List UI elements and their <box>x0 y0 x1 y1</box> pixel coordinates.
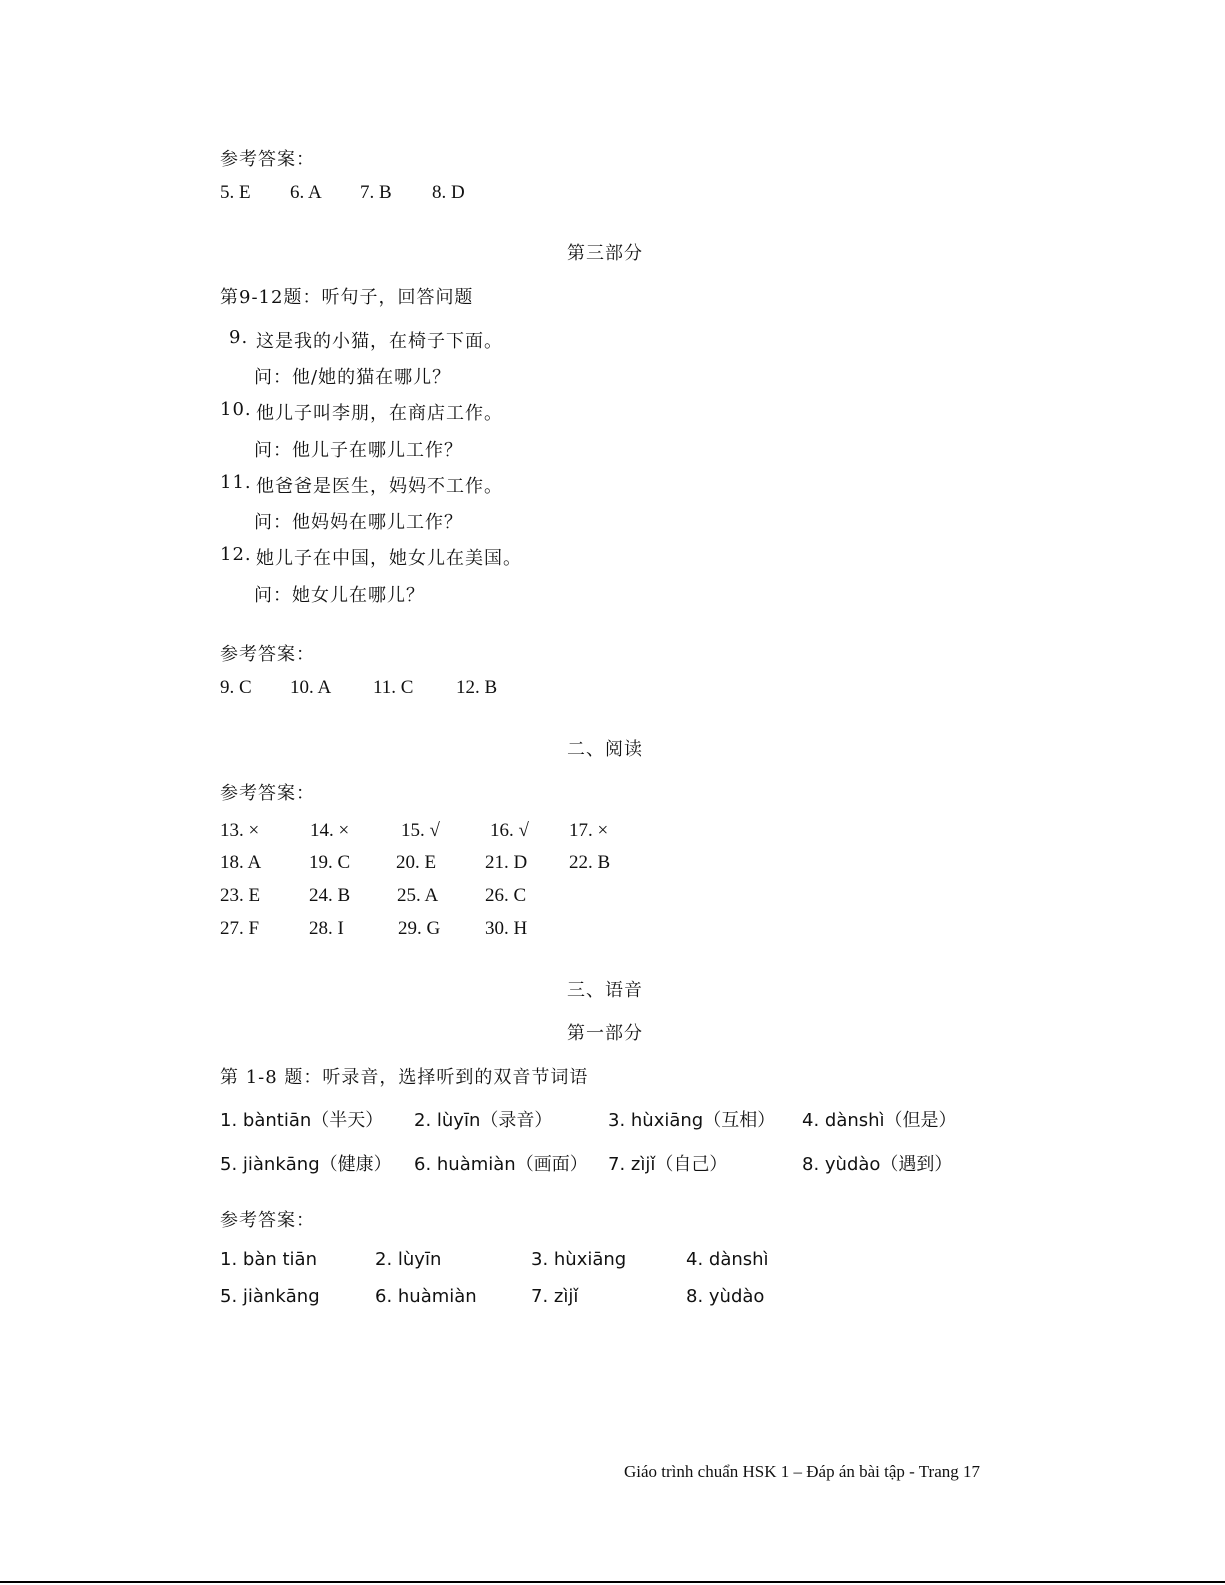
option-item: 8. yùdào（遇到） <box>802 1150 952 1176</box>
answer-item: 5. E <box>220 182 251 204</box>
answer-item: 17. × <box>569 820 608 842</box>
answer-item: 26. C <box>485 885 526 907</box>
option-item: 3. hùxiāng（互相） <box>608 1106 775 1132</box>
answers-label: 参考答案： <box>220 1206 315 1232</box>
answer-item: 6. A <box>290 182 322 204</box>
answer-item: 9. C <box>220 677 252 699</box>
answer-item: 7. B <box>360 182 392 204</box>
answer-item: 14. × <box>310 820 349 842</box>
answer-item: 22. B <box>569 852 610 874</box>
answer-item: 13. × <box>220 820 259 842</box>
answer-item: 23. E <box>220 885 260 907</box>
item-number: 12. <box>220 544 252 565</box>
answers-label: 参考答案： <box>220 640 315 666</box>
answer-item: 12. B <box>456 677 497 699</box>
answer-item: 4. dànshì <box>686 1249 769 1270</box>
option-item: 2. lùyīn（录音） <box>414 1106 552 1132</box>
option-item: 5. jiànkāng（健康） <box>220 1150 392 1176</box>
answers-label: 参考答案： <box>220 779 315 805</box>
section-heading: 二、阅读 <box>567 735 643 761</box>
answer-item: 18. A <box>220 852 261 874</box>
item-sentence: 他爸爸是医生，妈妈不工作。 <box>256 472 503 498</box>
answer-item: 8. D <box>432 182 465 204</box>
item-question: 问：他儿子在哪儿工作？ <box>254 436 463 462</box>
answer-item: 29. G <box>398 918 440 940</box>
page-footer: Giáo trình chuẩn HSK 1 – Đáp án bài tập … <box>624 1462 980 1482</box>
answer-item: 24. B <box>309 885 350 907</box>
answer-item: 2. lùyīn <box>375 1249 441 1270</box>
item-sentence: 这是我的小猫，在椅子下面。 <box>256 327 503 353</box>
answer-item: 27. F <box>220 918 259 940</box>
option-item: 1. bàntiān（半天） <box>220 1106 383 1132</box>
answer-item: 8. yùdào <box>686 1286 764 1307</box>
instruction: 第 1-8 题：听录音，选择听到的双音节词语 <box>220 1063 588 1089</box>
answer-item: 30. H <box>485 918 527 940</box>
item-question: 问：她女儿在哪儿？ <box>254 581 425 607</box>
answers-label: 参考答案： <box>220 145 315 171</box>
answer-item: 20. E <box>396 852 436 874</box>
answer-item: 21. D <box>485 852 527 874</box>
answer-item: 1. bàn tiān <box>220 1249 317 1270</box>
item-question: 问：他/她的猫在哪儿？ <box>254 363 451 389</box>
section-heading: 三、语音 <box>567 976 643 1002</box>
option-item: 4. dànshì（但是） <box>802 1106 957 1132</box>
item-number: 9. <box>229 327 248 348</box>
section-subheading: 第一部分 <box>567 1019 643 1045</box>
answer-item: 15. √ <box>401 820 440 842</box>
answer-item: 3. hùxiāng <box>531 1249 626 1270</box>
item-sentence: 她儿子在中国，她女儿在美国。 <box>256 544 522 570</box>
option-item: 7. zìjǐ（自己） <box>608 1150 727 1176</box>
answer-item: 28. I <box>309 918 344 940</box>
instruction: 第9-12题：听句子，回答问题 <box>220 283 473 309</box>
answer-item: 11. C <box>373 677 413 699</box>
answer-item: 10. A <box>290 677 331 699</box>
item-question: 问：他妈妈在哪儿工作？ <box>254 508 463 534</box>
item-number: 10. <box>220 399 252 420</box>
answer-item: 25. A <box>397 885 438 907</box>
section-heading: 第三部分 <box>567 239 643 265</box>
item-sentence: 他儿子叫李朋，在商店工作。 <box>256 399 503 425</box>
page-bottom-divider <box>0 1581 1225 1583</box>
answer-item: 16. √ <box>490 820 529 842</box>
answer-item: 19. C <box>309 852 350 874</box>
answer-item: 6. huàmiàn <box>375 1286 477 1307</box>
answer-item: 5. jiànkāng <box>220 1286 320 1307</box>
option-item: 6. huàmiàn（画面） <box>414 1150 588 1176</box>
answer-item: 7. zìjǐ <box>531 1286 578 1307</box>
item-number: 11. <box>220 472 252 493</box>
